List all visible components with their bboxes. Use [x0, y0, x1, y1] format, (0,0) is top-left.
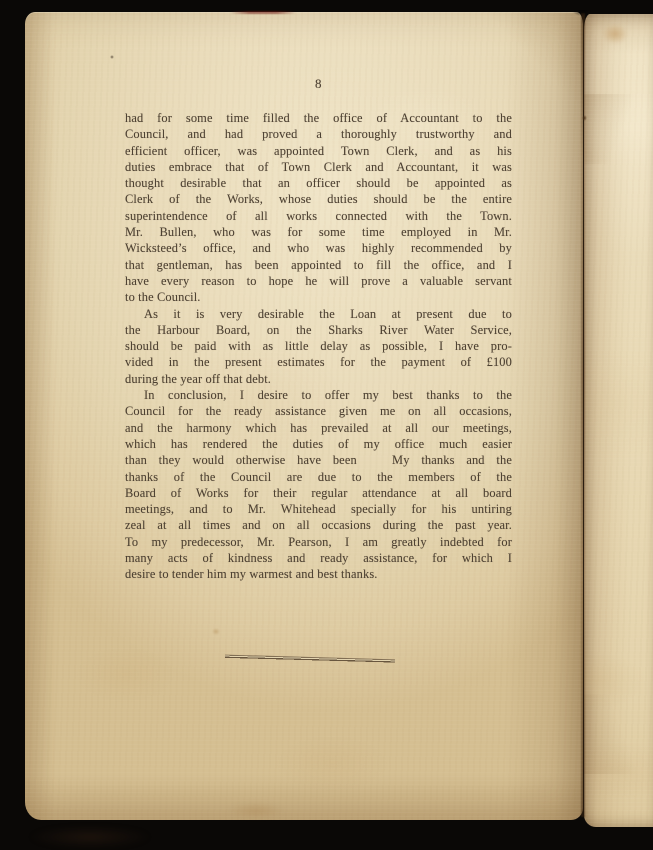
text-line: thanks of the Council are due to the mem…: [125, 469, 512, 485]
text-line: than they would otherwise have been My t…: [125, 452, 512, 468]
paragraph: As it is very desirable the Loan at pres…: [125, 306, 512, 387]
text-line: Board of Works for their regular attenda…: [125, 485, 512, 501]
text-line: Council for the ready assistance given m…: [125, 403, 512, 419]
text-line: Council, and had proved a thoroughly tru…: [125, 126, 512, 142]
text-line: superintendence of all works connected w…: [125, 208, 512, 224]
text-block: had for some time filled the office of A…: [125, 110, 512, 583]
book-gutter-shadow: [581, 13, 585, 817]
text-line: the Harbour Board, on the Sharks River W…: [125, 322, 512, 338]
text-line: thought desirable that an officer should…: [125, 175, 512, 191]
text-line: efficient officer, was appointed Town Cl…: [125, 143, 512, 159]
book-scan: 8 had for some time filled the office of…: [0, 0, 653, 850]
text-line: duties embrace that of Town Clerk and Ac…: [125, 159, 512, 175]
text-line: to the Council.: [125, 289, 512, 305]
text-line: had for some time filled the office of A…: [125, 110, 512, 126]
paper-crease: [584, 694, 653, 774]
paragraph: had for some time filled the office of A…: [125, 110, 512, 306]
text-line: zeal at all times and on all occasions d…: [125, 517, 512, 533]
text-line: should be paid with as little delay as p…: [125, 338, 512, 354]
text-line: that gentleman, has been appointed to fi…: [125, 257, 512, 273]
text-line: and the harmony which has prevailed at a…: [125, 420, 512, 436]
text-line: To my predecessor, Mr. Pearson, I am gre…: [125, 534, 512, 550]
text-line: meetings, and to Mr. Whitehead specially…: [125, 501, 512, 517]
section-divider-rule: [225, 655, 395, 664]
book-page: 8 had for some time filled the office of…: [25, 12, 583, 820]
page-number: 8: [125, 76, 512, 92]
text-line: vided in the present estimates for the p…: [125, 354, 512, 370]
paragraph: In conclusion, I desire to offer my best…: [125, 387, 512, 583]
background-smudge: [30, 826, 150, 848]
gutter-top-notch: [571, 10, 593, 22]
adjacent-page-edge: [584, 14, 653, 827]
text-line: during the year off that debt.: [125, 371, 512, 387]
paper-crease: [584, 94, 653, 164]
text-line: desire to tender him my warmest and best…: [125, 566, 512, 582]
text-line: In conclusion, I desire to offer my best…: [125, 387, 512, 403]
text-line: which has rendered the duties of my offi…: [125, 436, 512, 452]
text-line: Clerk of the Works, whose duties should …: [125, 191, 512, 207]
text-line: many acts of kindness and ready assistan…: [125, 550, 512, 566]
text-line: As it is very desirable the Loan at pres…: [125, 306, 512, 322]
text-line: Mr. Bullen, who was for some time employ…: [125, 224, 512, 240]
text-line: Wicksteed’s office, and who was highly r…: [125, 240, 512, 256]
text-line: have every reason to hope he will prove …: [125, 273, 512, 289]
